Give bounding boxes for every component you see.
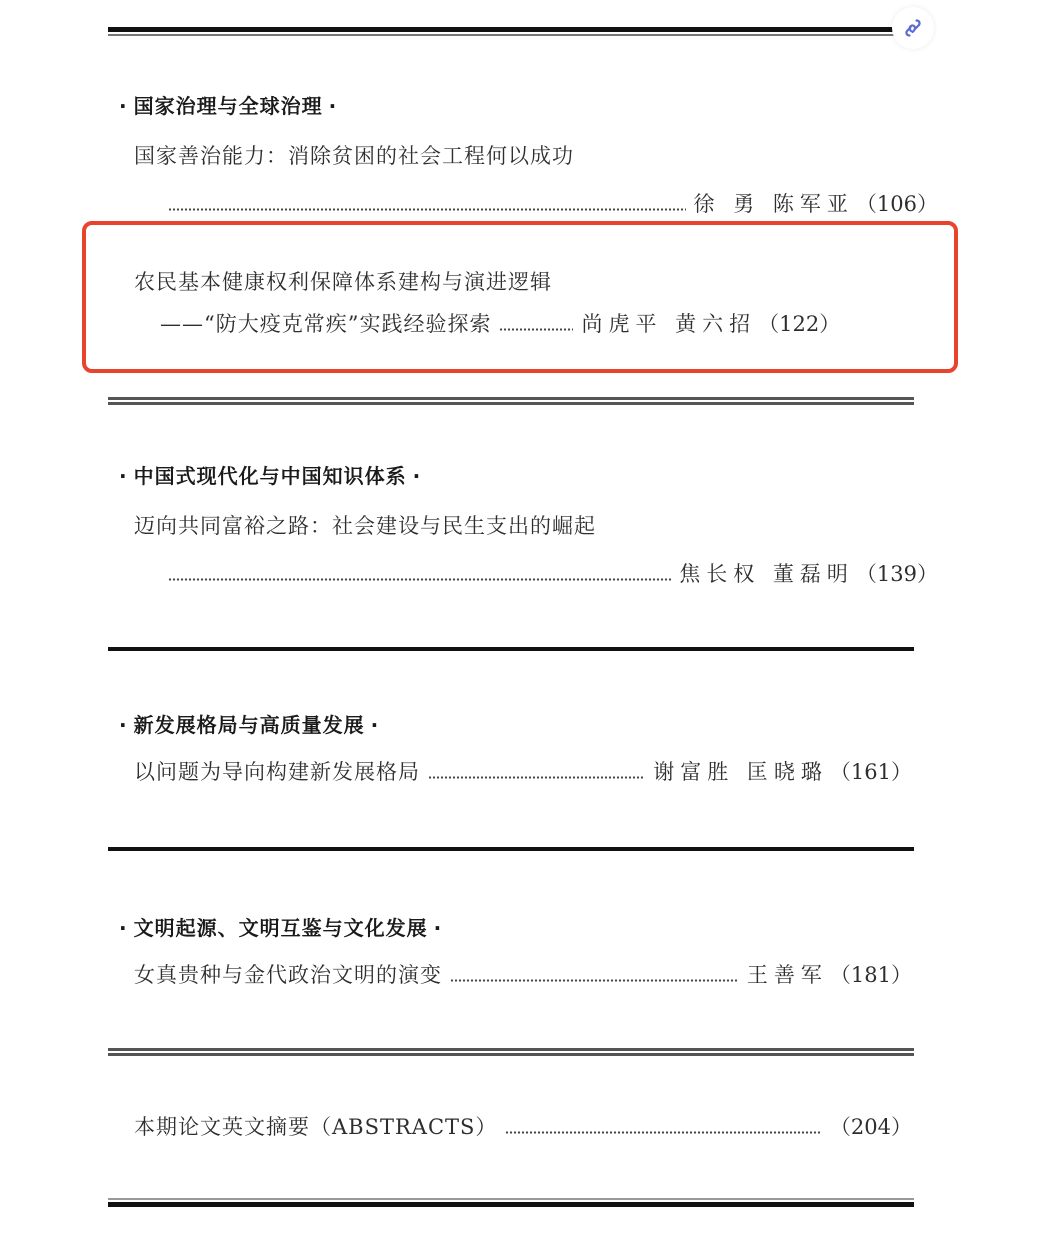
article-authors: 焦长权 董磊明 xyxy=(679,558,854,588)
article-title[interactable]: 女真贵种与金代政治文明的演变 xyxy=(134,959,442,989)
article-leader-row: 徐 勇 陈军亚 （106） xyxy=(134,188,938,218)
article-page-number: （181） xyxy=(830,959,912,989)
article-page-number: （122） xyxy=(758,308,840,338)
section-heading-governance: ·国家治理与全球治理· xyxy=(113,90,343,119)
dot-leader xyxy=(428,776,645,779)
section-divider xyxy=(108,647,914,651)
article-leader-row: 以问题为导向构建新发展格局 谢富胜 匡晓璐 （161） xyxy=(134,756,912,786)
article-page-number: （161） xyxy=(830,756,912,786)
section-heading-modernization: ·中国式现代化与中国知识体系· xyxy=(113,460,427,489)
section-heading-development: ·新发展格局与高质量发展· xyxy=(113,709,385,738)
section-heading-text: 文明起源、文明互鉴与文化发展 xyxy=(134,916,428,940)
abstracts-row: 本期论文英文摘要（ABSTRACTS） （204） xyxy=(134,1111,912,1141)
dot-leader xyxy=(505,1131,819,1134)
article-page-number: （106） xyxy=(856,188,938,218)
section-divider xyxy=(108,397,914,405)
article-title-highlighted[interactable]: 农民基本健康权利保障体系建构与演进逻辑 xyxy=(134,266,552,296)
section-divider xyxy=(108,1048,914,1056)
highlight-box xyxy=(82,221,958,373)
section-heading-civilization: ·文明起源、文明互鉴与文化发展· xyxy=(113,912,448,941)
dot-leader xyxy=(168,578,671,581)
bottom-rule xyxy=(108,1198,914,1208)
section-heading-text: 中国式现代化与中国知识体系 xyxy=(134,464,407,488)
article-title[interactable]: 迈向共同富裕之路：社会建设与民生支出的崛起 xyxy=(134,510,596,540)
dot-leader xyxy=(499,328,573,331)
article-authors: 徐 勇 陈军亚 xyxy=(694,188,854,218)
article-subtitle: ——“防大疫克常疾”实践经验探索 xyxy=(160,308,491,338)
section-divider xyxy=(108,847,914,851)
article-authors: 谢富胜 匡晓璐 xyxy=(653,756,828,786)
dot-leader xyxy=(450,979,739,982)
dot-leader xyxy=(168,208,686,211)
article-leader-row: 女真贵种与金代政治文明的演变 王善军 （181） xyxy=(134,959,912,989)
section-heading-text: 新发展格局与高质量发展 xyxy=(134,713,365,737)
article-leader-row: 焦长权 董磊明 （139） xyxy=(134,558,938,588)
article-page-number: （139） xyxy=(856,558,938,588)
article-authors: 王善军 xyxy=(747,959,828,989)
link-icon xyxy=(901,16,925,40)
article-authors: 尚虎平 黄六招 xyxy=(581,308,756,338)
article-leader-row: ——“防大疫克常疾”实践经验探索 尚虎平 黄六招 （122） xyxy=(134,308,938,338)
section-heading-text: 国家治理与全球治理 xyxy=(134,94,323,118)
article-title[interactable]: 以问题为导向构建新发展格局 xyxy=(134,756,420,786)
abstracts-page-number: （204） xyxy=(830,1111,912,1141)
article-title[interactable]: 国家善治能力：消除贫困的社会工程何以成功 xyxy=(134,140,574,170)
table-of-contents-page: ·国家治理与全球治理· 国家善治能力：消除贫困的社会工程何以成功 徐 勇 陈军亚… xyxy=(0,0,1050,1236)
link-button[interactable] xyxy=(892,7,934,49)
abstracts-title[interactable]: 本期论文英文摘要（ABSTRACTS） xyxy=(134,1111,497,1141)
top-rule xyxy=(108,27,914,37)
